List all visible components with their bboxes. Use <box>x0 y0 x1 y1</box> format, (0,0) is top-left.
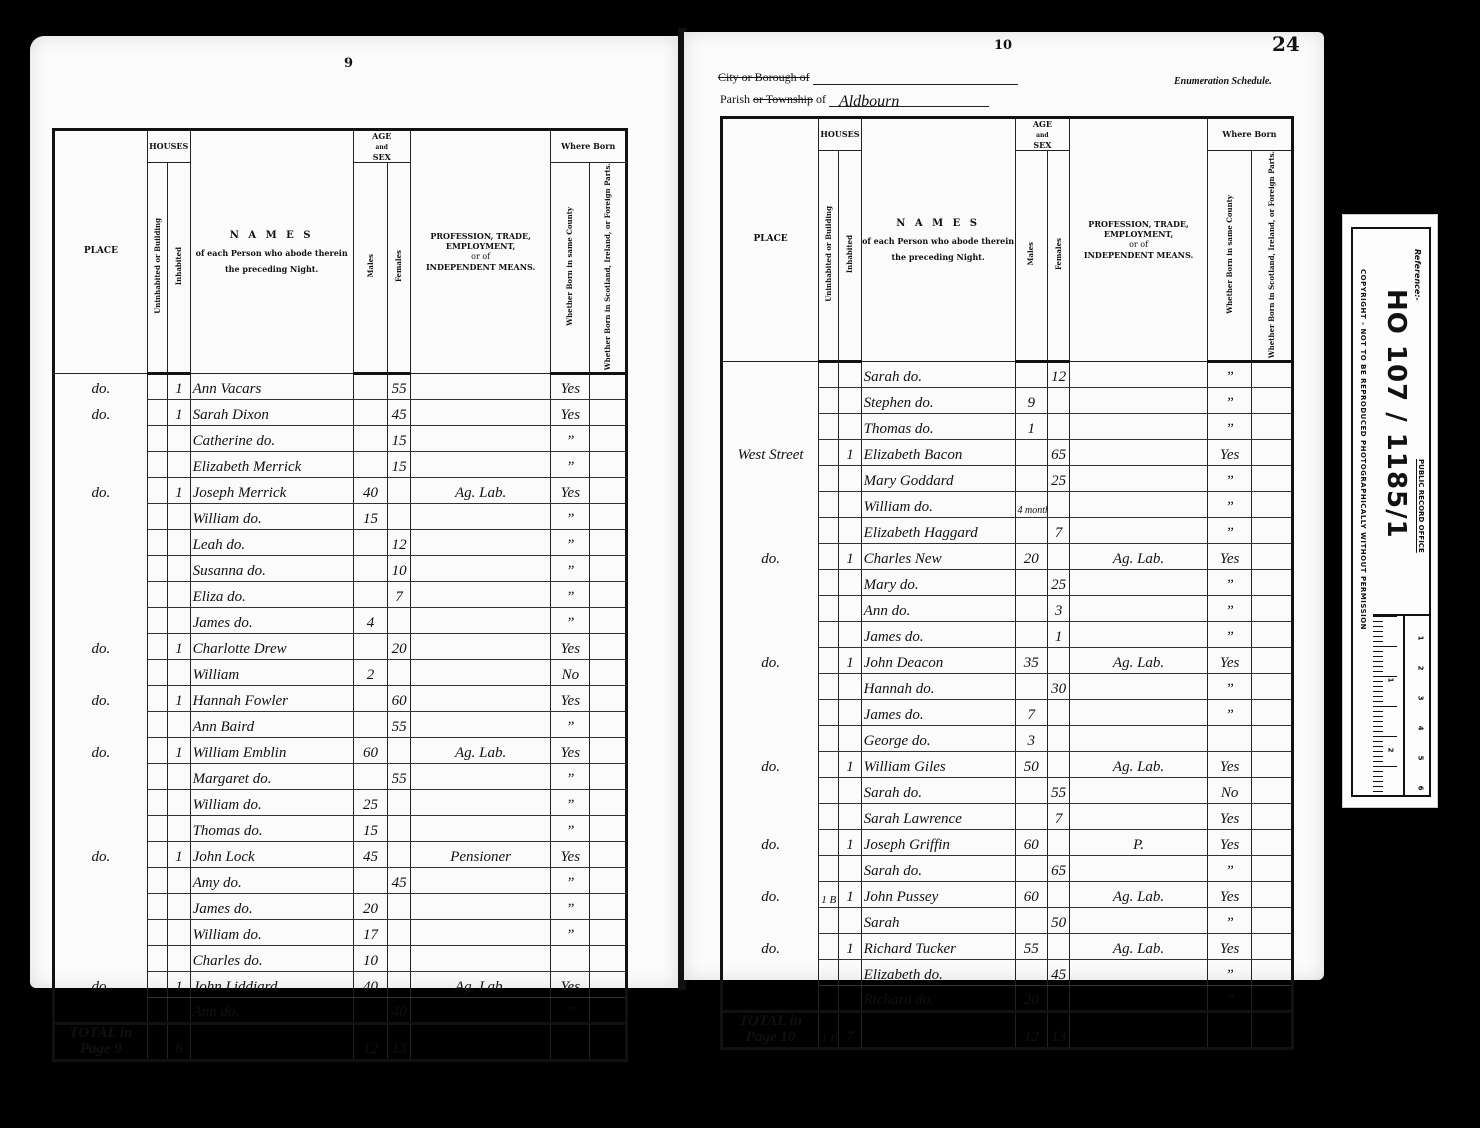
column-header-born-county-label: Whether Born in same County <box>1226 195 1234 314</box>
profession-cell <box>1070 855 1208 881</box>
born-foreign-cell <box>1252 829 1293 855</box>
born-county-cell: ” <box>551 529 590 555</box>
profession-header-line: PROFESSION, TRADE, <box>1088 219 1189 229</box>
uninhabited-cell <box>147 659 167 685</box>
column-header-males: Males <box>353 162 388 373</box>
females-cell <box>388 945 410 971</box>
born-county-cell: ” <box>1207 985 1252 1011</box>
inhabited-cell <box>168 789 190 815</box>
females-cell: 45 <box>388 399 410 425</box>
males-cell <box>353 425 388 451</box>
name-cell: Elizabeth Bacon <box>861 439 1015 465</box>
females-cell <box>388 893 410 919</box>
born-county-cell: ” <box>551 789 590 815</box>
males-cell: 9 <box>1015 387 1047 413</box>
females-cell <box>1047 829 1069 855</box>
born-foreign-cell <box>1252 933 1293 959</box>
column-header-born-foreign-label: Whether Born in Scotland, Ireland, or Fo… <box>1268 151 1276 358</box>
females-cell: 7 <box>1047 803 1069 829</box>
total-born-county-blank <box>1207 1011 1252 1048</box>
females-cell: 3 <box>1047 595 1069 621</box>
profession-cell: Ag. Lab. <box>1070 543 1208 569</box>
profession-cell <box>410 919 551 945</box>
total-females: 13 <box>388 1023 410 1060</box>
inhabited-cell <box>839 699 861 725</box>
census-row: Hannah do.30” <box>722 673 1293 699</box>
females-cell: 1 <box>1047 621 1069 647</box>
census-row: William do.25” <box>54 789 627 815</box>
uninhabited-cell <box>147 477 167 503</box>
profession-cell <box>1070 387 1208 413</box>
uninhabited-cell <box>819 465 839 491</box>
column-header-age-sex: AGEandSEX <box>1015 118 1070 151</box>
column-header-age-sex: AGEandSEX <box>353 130 410 163</box>
uninhabited-cell <box>147 919 167 945</box>
place-cell <box>722 621 819 647</box>
place-cell <box>54 425 148 451</box>
inhabited-cell <box>168 555 190 581</box>
name-cell: John Liddiard <box>190 971 353 997</box>
born-foreign-cell <box>590 919 627 945</box>
uninhabited-cell <box>819 595 839 621</box>
ruler-tick <box>1373 741 1383 742</box>
census-row: Elizabeth Merrick15” <box>54 451 627 477</box>
profession-cell <box>1070 673 1208 699</box>
parish-value: Aldbourn <box>829 93 989 107</box>
born-foreign-cell <box>590 997 627 1023</box>
born-foreign-cell <box>590 555 627 581</box>
females-cell: 60 <box>388 685 410 711</box>
females-cell: 65 <box>1047 855 1069 881</box>
females-cell: 7 <box>388 581 410 607</box>
profession-cell <box>1070 517 1208 543</box>
column-header-inhabited: Inhabited <box>839 150 861 361</box>
ruler-tick <box>1373 771 1383 772</box>
born-foreign-cell <box>590 763 627 789</box>
uninhabited-cell <box>819 959 839 985</box>
ruler-tick <box>1373 791 1383 792</box>
males-cell: 20 <box>353 893 388 919</box>
born-foreign-cell <box>1252 855 1293 881</box>
name-cell: James do. <box>190 893 353 919</box>
census-row: George do.3 <box>722 725 1293 751</box>
place-cell <box>54 997 148 1023</box>
males-cell <box>353 581 388 607</box>
born-county-cell: ” <box>1207 621 1252 647</box>
names-subtitle-1: of each Person who abode therein <box>191 248 353 258</box>
place-cell <box>722 387 819 413</box>
born-county-cell: Yes <box>551 373 590 399</box>
born-county-cell: ” <box>551 763 590 789</box>
uninhabited-cell <box>819 985 839 1011</box>
place-cell: do. <box>54 399 148 425</box>
ruler-cm-label: 1 <box>1417 636 1425 641</box>
inhabited-cell: 1 <box>839 933 861 959</box>
ruler-inch-label: 1 <box>1387 678 1395 683</box>
born-foreign-cell <box>590 607 627 633</box>
census-row: James do.1” <box>722 621 1293 647</box>
profession-cell <box>1070 959 1208 985</box>
name-cell: Ann do. <box>861 595 1015 621</box>
inhabited-cell <box>839 413 861 439</box>
uninhabited-cell <box>819 777 839 803</box>
column-header-houses: HOUSES <box>819 118 862 151</box>
born-county-cell: ” <box>1207 517 1252 543</box>
uninhabited-cell <box>819 491 839 517</box>
name-cell: Sarah Lawrence <box>861 803 1015 829</box>
place-cell: do. <box>54 477 148 503</box>
census-row: Charles do.10 <box>54 945 627 971</box>
name-cell: Ann Baird <box>190 711 353 737</box>
inhabited-cell <box>839 803 861 829</box>
total-names-blank <box>190 1023 353 1060</box>
census-row: do.1Richard Tucker55Ag. Lab.Yes <box>722 933 1293 959</box>
uninhabited-cell <box>147 503 167 529</box>
name-cell: William do. <box>190 503 353 529</box>
females-cell <box>388 607 410 633</box>
name-cell: James do. <box>190 607 353 633</box>
males-cell <box>1015 517 1047 543</box>
born-county-cell <box>1207 725 1252 751</box>
ruler-cm-label: 2 <box>1417 666 1425 671</box>
born-county-cell: Yes <box>551 633 590 659</box>
place-cell <box>722 959 819 985</box>
ruler-tick <box>1373 731 1383 732</box>
profession-cell: Pensioner <box>410 841 551 867</box>
males-cell: 60 <box>1015 881 1047 907</box>
census-row: James do.7” <box>722 699 1293 725</box>
inhabited-cell <box>168 919 190 945</box>
uninhabited-cell <box>147 997 167 1023</box>
profession-cell <box>410 685 551 711</box>
census-row: Stephen do.9” <box>722 387 1293 413</box>
total-profession-blank <box>410 1023 551 1060</box>
profession-cell: Ag. Lab. <box>1070 933 1208 959</box>
column-header-uninhabited: Uninhabited or Building <box>147 162 167 373</box>
total-females: 13 <box>1047 1011 1069 1048</box>
males-cell <box>353 711 388 737</box>
born-foreign-cell <box>1252 621 1293 647</box>
uninhabited-cell <box>819 751 839 777</box>
township-label: or Township <box>753 92 813 106</box>
names-title: N A M E S <box>230 230 314 241</box>
name-cell: Sarah do. <box>861 361 1015 387</box>
copyright-notice: COPYRIGHT - NOT TO BE REPRODUCED PHOTOGR… <box>1359 269 1367 630</box>
born-county-cell: ” <box>1207 699 1252 725</box>
ruler-inch-label: 2 <box>1387 748 1395 753</box>
column-header-houses: HOUSES <box>147 130 190 163</box>
ruler-tick <box>1373 786 1383 787</box>
place-cell: do. <box>722 881 819 907</box>
females-cell: 40 <box>388 997 410 1023</box>
inhabited-cell: 1 <box>168 399 190 425</box>
reference-label: Reference:- <box>1413 249 1422 301</box>
place-cell <box>722 985 819 1011</box>
place-cell <box>54 711 148 737</box>
enumeration-schedule-label: Enumeration Schedule. <box>1174 76 1272 87</box>
ruler-tick <box>1373 641 1383 642</box>
females-cell <box>1047 751 1069 777</box>
inhabited-cell <box>839 465 861 491</box>
census-row: do.1Hannah Fowler60Yes <box>54 685 627 711</box>
parish-line: Parish or Township of Aldbourn <box>720 92 989 107</box>
born-foreign-cell <box>1252 361 1293 387</box>
ruler-tick <box>1373 761 1383 762</box>
profession-cell <box>410 789 551 815</box>
profession-cell <box>410 893 551 919</box>
name-cell: John Deacon <box>861 647 1015 673</box>
census-row: William do.4 months” <box>722 491 1293 517</box>
ruler-tick <box>1373 716 1383 717</box>
names-subtitle-2: the preceding Night. <box>191 264 353 274</box>
measurement-ruler: 12345612 <box>1373 614 1429 794</box>
born-county-cell: Yes <box>551 685 590 711</box>
column-header-place: PLACE <box>722 118 819 362</box>
males-cell: 60 <box>353 737 388 763</box>
column-header-inhabited-label: Inhabited <box>846 235 854 273</box>
born-foreign-cell <box>1252 465 1293 491</box>
census-row: do.1Joseph Merrick40Ag. Lab.Yes <box>54 477 627 503</box>
city-borough-label: City or Borough of <box>718 70 810 84</box>
name-cell: Stephen do. <box>861 387 1015 413</box>
females-cell <box>1047 933 1069 959</box>
born-foreign-cell <box>1252 803 1293 829</box>
name-cell: Ann Vacars <box>190 373 353 399</box>
inhabited-cell <box>168 451 190 477</box>
name-cell: Elizabeth Haggard <box>861 517 1015 543</box>
place-cell <box>722 907 819 933</box>
total-label: TOTAL inPage 9 <box>54 1023 148 1060</box>
ruler-tick <box>1373 726 1383 727</box>
inhabited-cell <box>839 777 861 803</box>
males-cell: 20 <box>1015 543 1047 569</box>
inhabited-cell <box>168 503 190 529</box>
females-cell <box>1047 387 1069 413</box>
name-cell: Richard do. <box>861 985 1015 1011</box>
names-subtitle-2: the preceding Night. <box>862 252 1015 262</box>
uninhabited-cell <box>819 907 839 933</box>
uninhabited-cell <box>147 633 167 659</box>
born-foreign-cell <box>1252 569 1293 595</box>
ruler-tick <box>1373 706 1397 707</box>
place-cell <box>54 789 148 815</box>
females-cell: 45 <box>1047 959 1069 985</box>
profession-cell: Ag. Lab. <box>1070 647 1208 673</box>
born-county-cell: ” <box>551 581 590 607</box>
name-cell: Leah do. <box>190 529 353 555</box>
inhabited-cell <box>168 607 190 633</box>
profession-cell <box>410 373 551 399</box>
name-cell: William Emblin <box>190 737 353 763</box>
total-label: TOTAL inPage 10 <box>722 1011 819 1048</box>
males-cell <box>353 633 388 659</box>
total-uninhabited: 1 B <box>819 1011 839 1048</box>
born-county-cell: Yes <box>551 477 590 503</box>
born-county-cell: ” <box>551 997 590 1023</box>
place-cell <box>54 945 148 971</box>
females-cell: 12 <box>388 529 410 555</box>
inhabited-cell <box>168 763 190 789</box>
born-foreign-cell <box>1252 673 1293 699</box>
uninhabited-cell <box>819 699 839 725</box>
uninhabited-cell <box>147 373 167 399</box>
name-cell: Sarah do. <box>861 777 1015 803</box>
females-cell <box>388 789 410 815</box>
right-page: 10 24 City or Borough of Parish or Towns… <box>684 32 1324 980</box>
uninhabited-cell <box>819 933 839 959</box>
males-cell <box>353 399 388 425</box>
males-cell <box>1015 621 1047 647</box>
females-cell <box>1047 491 1069 517</box>
born-foreign-cell <box>1252 491 1293 517</box>
profession-cell <box>410 867 551 893</box>
born-county-cell: ” <box>551 815 590 841</box>
born-county-cell: ” <box>1207 491 1252 517</box>
census-row: do.1John Liddiard40Ag. Lab.Yes <box>54 971 627 997</box>
born-county-cell: ” <box>551 425 590 451</box>
profession-cell <box>410 659 551 685</box>
inhabited-cell <box>168 945 190 971</box>
profession-cell <box>410 763 551 789</box>
place-cell <box>722 855 819 881</box>
name-cell: William do. <box>190 919 353 945</box>
place-cell <box>722 465 819 491</box>
column-header-males-label: Males <box>367 254 375 277</box>
place-cell <box>722 725 819 751</box>
born-foreign-cell <box>590 659 627 685</box>
inhabited-cell <box>839 855 861 881</box>
inhabited-cell <box>839 985 861 1011</box>
reference-code: HO 107 / 1185/1 <box>1381 289 1411 539</box>
females-cell: 20 <box>388 633 410 659</box>
name-cell: Charles do. <box>190 945 353 971</box>
males-cell: 4 <box>353 607 388 633</box>
born-foreign-cell <box>1252 907 1293 933</box>
ruler-tick <box>1373 721 1383 722</box>
born-foreign-cell <box>1252 543 1293 569</box>
males-cell: 4 months <box>1015 491 1047 517</box>
born-county-cell: ” <box>1207 569 1252 595</box>
census-row: Margaret do.55” <box>54 763 627 789</box>
males-cell <box>1015 803 1047 829</box>
column-header-names: N A M E Sof each Person who abode therei… <box>190 130 353 374</box>
profession-cell <box>1070 569 1208 595</box>
males-cell: 17 <box>353 919 388 945</box>
inhabited-cell: 1 <box>168 633 190 659</box>
females-cell: 7 <box>1047 517 1069 543</box>
ruler-tick <box>1373 646 1397 647</box>
column-header-females: Females <box>1047 150 1069 361</box>
inhabited-cell <box>168 867 190 893</box>
column-header-place: PLACE <box>54 130 148 374</box>
column-header-where-born: Where Born <box>551 130 627 163</box>
census-row: Ann do.3” <box>722 595 1293 621</box>
place-cell: do. <box>722 543 819 569</box>
place-cell <box>722 491 819 517</box>
and-label: and <box>1036 132 1048 139</box>
uninhabited-cell <box>147 867 167 893</box>
census-row: William2No <box>54 659 627 685</box>
females-cell <box>1047 881 1069 907</box>
ruler-tick <box>1373 711 1383 712</box>
column-header-males: Males <box>1015 150 1047 361</box>
place-cell <box>722 699 819 725</box>
males-cell <box>1015 361 1047 387</box>
profession-cell: Ag. Lab. <box>410 737 551 763</box>
place-cell <box>54 529 148 555</box>
total-inhabited: 7 <box>839 1011 861 1048</box>
census-row: do.1John Deacon35Ag. Lab.Yes <box>722 647 1293 673</box>
born-foreign-cell <box>590 945 627 971</box>
total-born-foreign-blank <box>590 1023 627 1060</box>
males-cell: 25 <box>353 789 388 815</box>
profession-cell <box>410 815 551 841</box>
uninhabited-cell: 1 B <box>819 881 839 907</box>
uninhabited-cell <box>819 855 839 881</box>
ruler-tick <box>1373 661 1383 662</box>
males-cell: 20 <box>1015 985 1047 1011</box>
column-header-males-label: Males <box>1027 242 1035 265</box>
profession-cell <box>1070 439 1208 465</box>
ruler-cm-label: 6 <box>1417 786 1425 791</box>
profession-cell <box>1070 465 1208 491</box>
born-county-cell: Yes <box>551 971 590 997</box>
place-cell <box>54 867 148 893</box>
females-cell: 15 <box>388 425 410 451</box>
females-cell <box>388 659 410 685</box>
females-cell <box>388 841 410 867</box>
census-row: do.1William Emblin60Ag. Lab.Yes <box>54 737 627 763</box>
uninhabited-cell <box>147 763 167 789</box>
inhabited-cell <box>839 361 861 387</box>
ruler-cm-label: 5 <box>1417 756 1425 761</box>
uninhabited-cell <box>147 841 167 867</box>
inhabited-cell <box>839 517 861 543</box>
uninhabited-cell <box>819 543 839 569</box>
census-row: Elizabeth do.45” <box>722 959 1293 985</box>
column-header-profession: PROFESSION, TRADE,EMPLOYMENT,or ofINDEPE… <box>410 130 551 374</box>
uninhabited-cell <box>819 413 839 439</box>
females-cell <box>388 503 410 529</box>
females-cell: 25 <box>1047 569 1069 595</box>
females-cell <box>1047 413 1069 439</box>
census-row: do.1Charles New20Ag. Lab.Yes <box>722 543 1293 569</box>
born-county-cell: Yes <box>1207 439 1252 465</box>
place-cell: do. <box>54 737 148 763</box>
females-cell <box>1047 647 1069 673</box>
born-county-cell: Yes <box>551 399 590 425</box>
census-row: William do.17” <box>54 919 627 945</box>
born-foreign-cell <box>1252 751 1293 777</box>
name-cell: William Giles <box>861 751 1015 777</box>
females-cell: 12 <box>1047 361 1069 387</box>
place-cell <box>54 451 148 477</box>
city-borough-field <box>813 71 1018 85</box>
profession-cell <box>410 425 551 451</box>
inhabited-cell <box>839 725 861 751</box>
males-cell <box>1015 959 1047 985</box>
names-subtitle-1: of each Person who abode therein <box>862 236 1015 246</box>
column-header-inhabited: Inhabited <box>168 162 190 373</box>
born-county-cell: Yes <box>1207 881 1252 907</box>
profession-cell <box>1070 413 1208 439</box>
name-cell: William do. <box>190 789 353 815</box>
born-foreign-cell <box>1252 777 1293 803</box>
total-inhabited: 8 <box>168 1023 190 1060</box>
profession-cell <box>410 711 551 737</box>
ruler-tick <box>1373 656 1383 657</box>
profession-cell <box>410 607 551 633</box>
